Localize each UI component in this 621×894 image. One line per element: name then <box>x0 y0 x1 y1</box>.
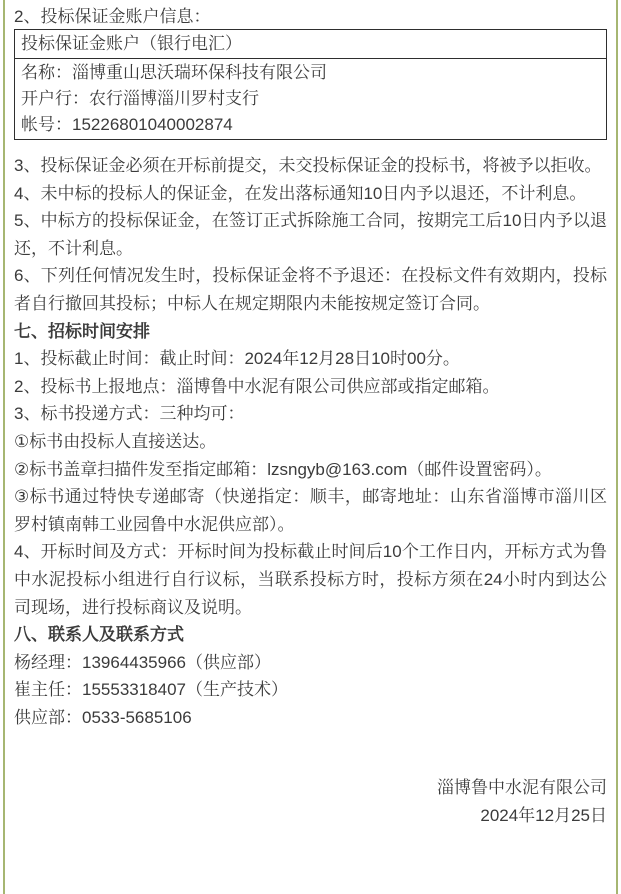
account-table-body-cell: 名称：淄博重山思沃瑞环保科技有限公司 开户行：农行淄博淄川罗村支行 帐号：152… <box>15 59 607 140</box>
schedule-item-location: 2、投标书上报地点：淄博鲁中水泥有限公司供应部或指定邮箱。 <box>14 373 607 401</box>
account-bank-line: 开户行：农行淄博淄川罗村支行 <box>21 86 600 112</box>
clause-4: 4、未中标的投标人的保证金，在发出落标通知10日内予以退还，不计利息。 <box>14 180 607 208</box>
contact-line-manager-yang: 杨经理：13964435966（供应部） <box>14 649 607 677</box>
contact-line-supply-dept: 供应部：0533-5685106 <box>14 704 607 732</box>
deposit-clauses: 3、投标保证金必须在开标前提交，未交投标保证金的投标书，将被予以拒收。 4、未中… <box>14 152 607 318</box>
clause-5: 5、中标方的投标保证金，在签订正式拆除施工合同，按期完工后10日内予以退还，不计… <box>14 207 607 262</box>
account-table-header: 投标保证金账户（银行电汇） <box>21 31 600 57</box>
schedule-item-opening: 4、开标时间及方式：开标时间为投标截止时间后10个工作日内，开标方式为鲁中水泥投… <box>14 538 607 621</box>
account-section-heading: 2、投标保证金账户信息： <box>14 5 607 29</box>
contact-list: 杨经理：13964435966（供应部） 崔主任：15553318407（生产技… <box>14 649 607 732</box>
section-8-heading: 八、联系人及联系方式 <box>14 621 607 649</box>
table-row: 投标保证金账户（银行电汇） <box>15 30 607 59</box>
contact-line-director-cui: 崔主任：15553318407（生产技术） <box>14 676 607 704</box>
signature-block: 淄博鲁中水泥有限公司 2024年12月25日 <box>14 774 607 829</box>
clause-3: 3、投标保证金必须在开标前提交，未交投标保证金的投标书，将被予以拒收。 <box>14 152 607 180</box>
schedule-item-deadline: 1、投标截止时间：截止时间：2024年12月28日10时00分。 <box>14 345 607 373</box>
account-number-line: 帐号：15226801040002874 <box>21 112 600 138</box>
deposit-account-table: 投标保证金账户（银行电汇） 名称：淄博重山思沃瑞环保科技有限公司 开户行：农行淄… <box>14 29 607 140</box>
table-row: 名称：淄博重山思沃瑞环保科技有限公司 开户行：农行淄博淄川罗村支行 帐号：152… <box>15 59 607 140</box>
account-table-header-cell: 投标保证金账户（银行电汇） <box>15 30 607 59</box>
schedule-items: 1、投标截止时间：截止时间：2024年12月28日10时00分。 2、投标书上报… <box>14 345 607 621</box>
signature-company: 淄博鲁中水泥有限公司 <box>14 774 607 802</box>
clause-6: 6、下列任何情况发生时，投标保证金将不予退还：在投标文件有效期内，投标者自行撤回… <box>14 262 607 317</box>
section-7-heading: 七、招标时间安排 <box>14 318 607 346</box>
schedule-item-delivery-methods: 3、标书投递方式：三种均可： <box>14 400 607 428</box>
account-name-line: 名称：淄博重山思沃瑞环保科技有限公司 <box>21 60 600 86</box>
signature-date: 2024年12月25日 <box>14 802 607 830</box>
delivery-method-2-email: ②标书盖章扫描件发至指定邮箱：lzsngyb@163.com（邮件设置密码）。 <box>14 456 607 484</box>
document-page: 2、投标保证金账户信息： 投标保证金账户（银行电汇） 名称：淄博重山思沃瑞环保科… <box>3 0 618 894</box>
delivery-method-3-courier: ③标书通过特快专递邮寄（快递指定：顺丰，邮寄地址：山东省淄博市淄川区罗村镇南韩工… <box>14 483 607 538</box>
delivery-method-1: ①标书由投标人直接送达。 <box>14 428 607 456</box>
